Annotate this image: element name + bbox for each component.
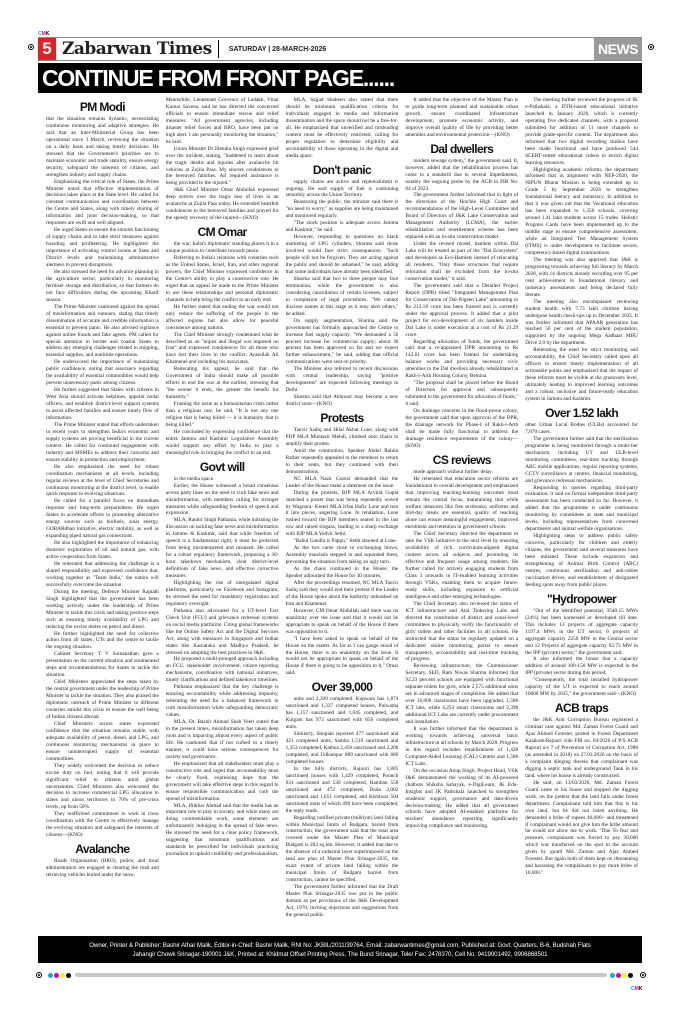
paragraph: Framing the issue as a humanitarian cris… — [166, 401, 279, 429]
paragraph: He underscored the importance of maintai… — [46, 359, 159, 387]
paragraph: The government further informed that in … — [405, 192, 518, 241]
issue-date: SATURDAY | 28-MARCH-2026 — [229, 46, 327, 53]
column-4: It added that the objective of the Maste… — [405, 97, 518, 933]
paragraph: The Minister also referred to recent dis… — [286, 366, 399, 394]
column-3: MLA, Sajjad Shaheen also stated that the… — [286, 97, 399, 933]
paragraph: The meeting also encompassed reviewing s… — [525, 299, 638, 348]
headline: CM Omar — [166, 225, 279, 239]
paragraph: It added that the objective of the Maste… — [405, 97, 518, 139]
paragraph: The Chief Secretary also reviewed the st… — [405, 601, 518, 664]
imprint-line-2: Jahangir Chowk Srinagar-190001 J&K, Prin… — [38, 950, 642, 959]
paragraph: the war, India's diplomatic standing pla… — [166, 241, 279, 255]
paragraph: MLA, Dr. Bashir Ahmad Shah Veeri stated … — [166, 719, 279, 761]
cyan-swatch-icon — [610, 973, 615, 978]
paragraph: The government said that a Detailed Proj… — [405, 283, 518, 339]
paragraph: Similarly, Shopian reported 477 sanction… — [286, 731, 399, 766]
paragraph: He also highlighted the importance of en… — [46, 540, 159, 561]
paragraph: On drainage concerns in the flood-prone … — [405, 408, 518, 450]
headline: Protests — [286, 411, 399, 425]
paragraph: Cabinet Secretary T V Somanathan gave a … — [46, 651, 159, 679]
article-protests: Protests Tanvir Sadiq and Hilal Akbar Lo… — [286, 411, 399, 677]
paragraph: The government further said that the ste… — [525, 436, 638, 485]
magenta-swatch-icon — [54, 973, 59, 978]
yellow-swatch-icon — [622, 973, 627, 978]
headline: Over 1.52 lakh — [525, 406, 638, 420]
yellow-swatch-icon — [60, 973, 65, 978]
page-banner: CONTINUE FROM FRONT PAGE...... — [38, 63, 642, 93]
paragraph: Roads Organisation (BRO), police, and lo… — [46, 858, 159, 879]
article-pm-modi: PM Modi that the situation remains dynam… — [46, 100, 159, 839]
headline: PM Modi — [46, 100, 159, 114]
article-over-152-lakh: Over 1.52 lakh other Urban Local Bodies … — [525, 406, 638, 589]
paragraph: Reassuring the public, the minister said… — [286, 199, 399, 220]
article-columns: PM Modi that the situation remains dynam… — [46, 97, 638, 933]
paragraph: He said, on 13/03/2026, Md. Zaman Forest… — [525, 780, 638, 877]
headline: ACB traps — [525, 701, 638, 715]
paragraph: MLA, Ranbir Singh Pathania, while initia… — [166, 517, 279, 580]
paragraph: On supply augmentation, Sharma said the … — [286, 318, 399, 367]
paragraph: Emphasising the critical role of States,… — [46, 179, 159, 228]
paragraph: Union Minister Dr Jitendra Singh express… — [166, 146, 279, 188]
imprint-footer: Owner, Printer & Publisher: Bashir Athar… — [38, 936, 642, 963]
paragraph: units and 2,309 completed. Kupwara has 1… — [286, 696, 399, 731]
paragraph: The government further informed that the… — [286, 884, 399, 919]
imprint-line-1: Owner, Printer & Publisher: Bashir Athar… — [38, 941, 642, 950]
article-acb-traps: ACB traps the J&K Anti Corruption Bureau… — [525, 701, 638, 877]
paragraph: "Out of the identified potential, 3540.1… — [525, 608, 638, 657]
column-1: PM Modi that the situation remains dynam… — [46, 97, 159, 933]
article-avalanche-cont: Meanwhile, Lieutenant Governor of Ladakh… — [166, 97, 279, 222]
black-swatch-icon — [628, 973, 633, 978]
paragraph: Reviewing infrastructure, the Commission… — [405, 663, 518, 726]
paragraph: Under the revised model, hamlets within … — [405, 241, 518, 283]
paragraph: The Prime Minister cautioned against the… — [46, 304, 159, 360]
paragraph: The Prime Minister stated that efforts u… — [46, 422, 159, 464]
paragraph: He urged States to ensure the smooth fun… — [46, 227, 159, 269]
paragraph: In the hilly districts, Rajouri has 1,88… — [286, 766, 399, 815]
registration-mark-icon — [648, 44, 654, 50]
paragraph: As the two came close to exchanging blow… — [286, 545, 399, 566]
paragraph: Pathania emphasized that the key challen… — [166, 684, 279, 719]
paragraph: The Chief Secretary directed the departm… — [405, 531, 518, 601]
paragraph: He also stressed the need for advance pl… — [46, 269, 159, 304]
headline: CS reviews — [405, 453, 518, 467]
cyan-swatch-icon — [48, 973, 53, 978]
paragraph: Reiterating the need for strict monitori… — [525, 347, 638, 403]
section-tag: NEWS — [594, 38, 642, 60]
paragraph: As the chaos continued in the House, the… — [286, 566, 399, 580]
paragraph: Earlier, the House witnessed a broad con… — [166, 483, 279, 518]
print-color-bar — [36, 972, 646, 978]
paragraph: He concluded by expressing confidence th… — [166, 429, 279, 457]
headline: Avalanche — [46, 842, 159, 856]
paragraph: He called for a parallel focus on immedi… — [46, 498, 159, 540]
masthead: 5 Zabarwan Times SATURDAY | 28-MARCH-202… — [38, 37, 642, 61]
paragraph: However, responding to questions on blac… — [286, 234, 399, 276]
paragraph: Chief Ministers across states expressed … — [46, 721, 159, 763]
paragraph: in the media space. — [166, 476, 279, 483]
paragraph: They widely welcomed the decision to red… — [46, 763, 159, 812]
paragraph: The meeting further reviewed the progres… — [525, 97, 638, 167]
paragraph: the J&K Anti Corruption Bureau registere… — [525, 717, 638, 780]
paragraph: He proposed a multi-pronged approach inc… — [166, 656, 279, 684]
paragraph: Highlighting steps to address public saf… — [525, 533, 638, 589]
paragraph: Sharma said that two to three people may… — [286, 276, 399, 318]
headline: Dal dwellers — [405, 142, 518, 156]
article-cm-omar: CM Omar the war, India's diplomatic stan… — [166, 225, 279, 457]
paragraph: mode approach without further delay. — [405, 469, 518, 476]
page-number: 5 — [38, 38, 56, 60]
paragraph: During the protests, BJP MLA Arvind Gupt… — [286, 490, 399, 539]
paragraph: On the occasion Anup Singh, Project Head… — [405, 768, 518, 831]
paragraph: Highlighting academic reforms, the depar… — [525, 167, 638, 257]
paragraph: Regarding allocation of funds, the gover… — [405, 339, 518, 381]
masthead-divider — [218, 40, 219, 58]
paragraph: MLA, Sajjad Shaheen also stated that the… — [286, 97, 399, 160]
paragraph: Tanvir Sadiq and Hilal Akbar Lone, along… — [286, 427, 399, 448]
paragraph: It was further informed that the departm… — [405, 726, 518, 768]
registration-mark-icon — [640, 972, 646, 978]
paragraph: other Urban Local Bodies (ULBs) accounte… — [525, 422, 638, 436]
article-over-39000: Over 39,000 units and 2,309 completed. K… — [286, 680, 399, 919]
article-hydropower: "Hydropower "Out of the identified poten… — [525, 592, 638, 698]
article-over-39000-cont: It added that the objective of the Maste… — [405, 97, 518, 139]
headline: Govt will — [166, 460, 279, 474]
paragraph: NC MLA Nazir Gurezi demanded that the Le… — [286, 476, 399, 490]
paragraph: However, CM Omar Abdullah said there was… — [286, 608, 399, 636]
paragraph: "The proposal shall be placed before the… — [405, 380, 518, 408]
paragraph: Referring to India's relations with coun… — [166, 255, 279, 304]
column-5: The meeting further reviewed the progres… — [525, 97, 638, 933]
paragraph: The Chief Minister strongly condemned wh… — [166, 332, 279, 367]
headline: Over 39,000 — [286, 680, 399, 694]
paragraph: It also informed the house that a capaci… — [525, 656, 638, 677]
paragraph: "Consequently, the total installed hydro… — [525, 677, 638, 698]
paragraph: that the situation remains dynamic, nece… — [46, 116, 159, 179]
paragraph: supply chains are active and replenishme… — [286, 179, 399, 200]
article-dont-panic: Don't panic supply chains are active and… — [286, 163, 399, 408]
paragraph: J&K Chief Minister Omar Abdullah express… — [166, 187, 279, 222]
paragraph: During the meeting, Defence Minister Raj… — [46, 589, 159, 631]
paragraph: Responding to queries regarding third-pa… — [525, 485, 638, 534]
article-avalanche: Avalanche Roads Organisation (BRO), poli… — [46, 842, 159, 879]
paragraph: "Rahul Gandhi is Pappu," Sethi shouted a… — [286, 538, 399, 545]
registration-mark-icon — [36, 972, 42, 978]
paragraph: Pathania also advocated for a UT-level F… — [166, 608, 279, 657]
paragraph: Reiterating his appeal, he said that the… — [166, 366, 279, 401]
paper-name: Zabarwan Times — [62, 39, 212, 59]
paragraph: He reiterated that addressing the challe… — [46, 561, 159, 589]
paragraph: "I have been asked to speak on behalf of… — [286, 636, 399, 678]
paragraph: The meeting was also apprised that J&K i… — [525, 257, 638, 299]
paragraph: Chief Ministers appreciated the steps ta… — [46, 679, 159, 721]
headline: "Hydropower — [525, 592, 638, 606]
headline: Don't panic — [286, 163, 399, 177]
paragraph: Sharma said that Akhnoor may become a ne… — [286, 394, 399, 408]
paragraph: Regarding notified private (milkiyat) la… — [286, 815, 399, 885]
paragraph: Amid the commotion, Speaker Abdul Rahim … — [286, 448, 399, 476]
article-cs-reviews: CS reviews mode approach without further… — [405, 453, 518, 831]
registration-mark-icon — [28, 44, 34, 50]
paragraph: They reaffirmed commitment to work in cl… — [46, 811, 159, 839]
paragraph: He reiterated that education sector refo… — [405, 476, 518, 532]
paragraph: After the proceedings resumed, NC MLA Ta… — [286, 580, 399, 608]
paragraph: Meanwhile, Lieutenant Governor of Ladakh… — [166, 97, 279, 146]
paragraph: He further stated that ending the war wo… — [166, 304, 279, 332]
paragraph: He also emphasised the need for robust c… — [46, 464, 159, 499]
article-govt-will-cont: MLA, Sajjad Shaheen also stated that the… — [286, 97, 399, 160]
article-cs-reviews-cont: The meeting further reviewed the progres… — [525, 97, 638, 403]
paragraph: Highlighting the rise of unregulated dig… — [166, 580, 279, 608]
article-dal-dwellers: Dal dwellers modern sewage system," the … — [405, 142, 518, 450]
black-swatch-icon — [66, 973, 71, 978]
paragraph: "The stock position is adequate across J… — [286, 220, 399, 234]
magenta-swatch-icon — [616, 973, 621, 978]
column-2: Meanwhile, Lieutenant Governor of Ladakh… — [166, 97, 279, 933]
paragraph: MLA, Iftikhar Ahmad said that the media … — [166, 803, 279, 859]
paragraph: He further suggested that States with ci… — [46, 387, 159, 422]
article-govt-will: Govt will in the media space. Earlier, t… — [166, 460, 279, 858]
paragraph: He further highlighted the need for coll… — [46, 631, 159, 652]
paragraph: modern sewage system," the government sa… — [405, 158, 518, 193]
cmyk-print-mark-bottom: CMK — [631, 986, 642, 992]
gray-bar — [75, 973, 607, 977]
paragraph: He emphasized that all stakeholders must… — [166, 761, 279, 803]
